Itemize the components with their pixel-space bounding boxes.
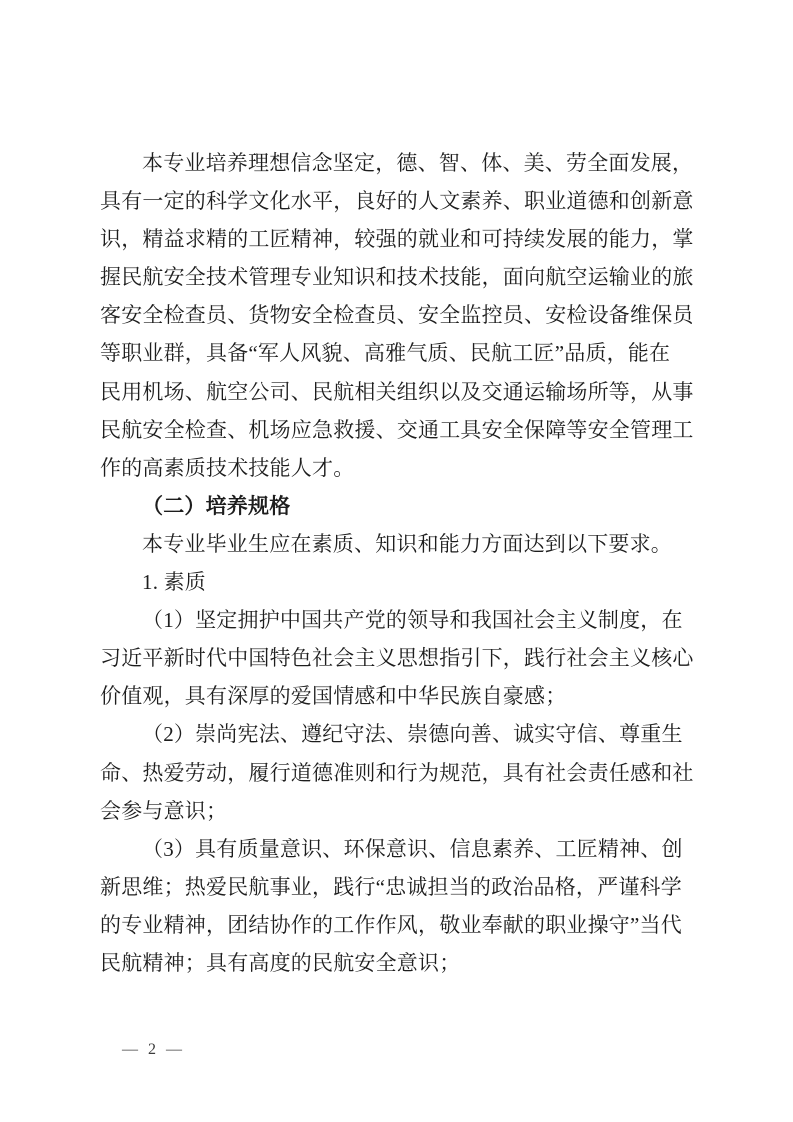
document-page: 本专业培养理想信念坚定，德、智、体、美、劳全面发展， 具有一定的科学文化水平，良… [0,0,793,1122]
paragraph-suzhi-item-3: （3）具有质量意识、环保意识、信息素养、工匠精神、创 新思维；热爱民航事业，践行… [100,830,704,982]
page-number: — 2 — [122,1041,185,1058]
paragraph-suzhi-item-1: （1）坚定拥护中国共产党的领导和我国社会主义制度，在 习近平新时代中国特色社会主… [100,601,704,715]
paragraph-suzhi-item-2: （2）崇尚宪法、遵纪守法、崇德向善、诚实守信、尊重生 命、热爱劳动，履行道德准则… [100,715,704,829]
page-footer: — 2 — [122,1040,185,1060]
subsection-heading-suzhi: 1. 素质 [100,563,704,601]
paragraph-training-specs-intro: 本专业毕业生应在素质、知识和能力方面达到以下要求。 [100,525,704,563]
section-heading-training-specs: （二）培养规格 [100,487,704,525]
paragraph-training-objective: 本专业培养理想信念坚定，德、智、体、美、劳全面发展， 具有一定的科学文化水平，良… [100,144,704,487]
document-body: 本专业培养理想信念坚定，德、智、体、美、劳全面发展， 具有一定的科学文化水平，良… [100,144,704,982]
